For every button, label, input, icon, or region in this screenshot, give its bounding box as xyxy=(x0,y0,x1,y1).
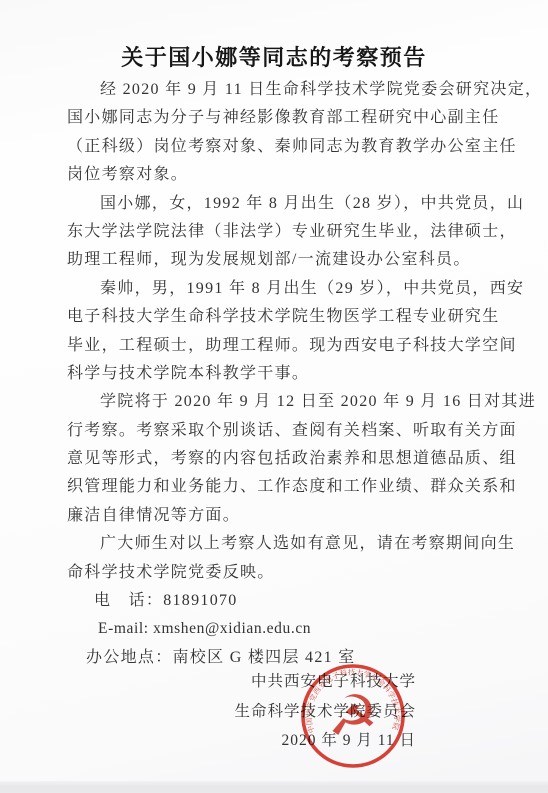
doc-line: （正科级）岗位考察对象、秦帅同志为教育教学办公室主任 xyxy=(67,133,507,161)
doc-line: 命科学技术学院党委反映。 xyxy=(67,559,507,587)
document-title: 关于国小娜等同志的考察预告 xyxy=(0,44,548,72)
document-body: 经 2020 年 9 月 11 日生命科学技术学院党委会研究决定， 国小娜同志为… xyxy=(67,76,507,672)
doc-line: 行考察。考察采取个别谈话、查阅有关档案、听取有关方面 xyxy=(67,417,507,445)
scan-edge-shadow xyxy=(0,781,548,793)
doc-line: 岗位考察对象。 xyxy=(67,161,507,189)
doc-line: 意见等形式，考察的内容包括政治素养和思想道德品质、组 xyxy=(67,445,507,473)
hammer-sickle-icon: ☭ xyxy=(328,684,378,749)
doc-line: 秦帅，男，1991 年 8 月出生（29 岁），中共党员，西安 xyxy=(67,275,507,303)
doc-line: 国小娜，女，1992 年 8 月出生（28 岁），中共党员，山 xyxy=(67,190,507,218)
doc-line: 电子科技大学生命科学技术学院生物医学工程专业研究生 xyxy=(67,303,507,331)
document-page: 关于国小娜等同志的考察预告 经 2020 年 9 月 11 日生命科学技术学院党… xyxy=(0,0,548,793)
doc-line: 织管理能力和业务能力、工作态度和工作业绩、群众关系和 xyxy=(67,473,507,501)
doc-line: 廉洁自律情况等方面。 xyxy=(67,502,507,530)
doc-line: 学院将于 2020 年 9 月 12 日至 2020 年 9 月 16 日对其进 xyxy=(67,388,507,416)
email-line: E-mail: xmshen@xidian.edu.cn xyxy=(67,615,507,643)
doc-line: 国小娜同志为分子与神经影像教育部工程研究中心副主任 xyxy=(67,104,507,132)
doc-line: 科学与技术学院本科教学干事。 xyxy=(67,360,507,388)
doc-line: 东大学法学院法律（非法学）专业研究生毕业，法律硕士， xyxy=(67,218,507,246)
doc-line: 助理工程师，现为发展规划部/一流建设办公室科员。 xyxy=(67,246,507,274)
doc-line: 经 2020 年 9 月 11 日生命科学技术学院党委会研究决定， xyxy=(67,76,507,104)
phone-line: 电 话：81891070 xyxy=(67,587,507,615)
doc-line: 广大师生对以上考察人选如有意见，请在考察期间向生 xyxy=(67,530,507,558)
official-seal: 中国共产党西安电子科技大学生命科学技术学院委员会 ☭ xyxy=(293,656,413,776)
doc-line: 毕业，工程硕士，助理工程师。现为西安电子科技大学空间 xyxy=(67,332,507,360)
